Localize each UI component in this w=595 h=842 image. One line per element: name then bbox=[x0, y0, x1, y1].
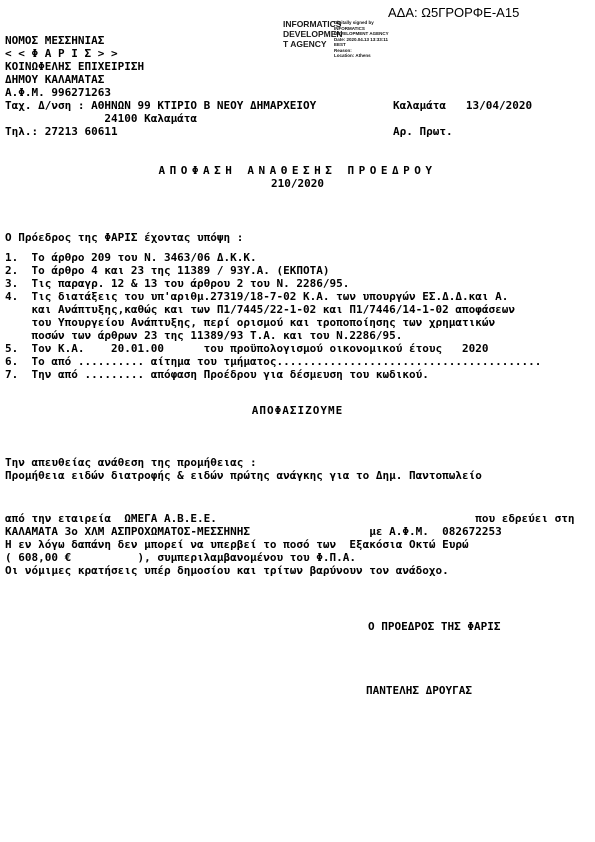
decision-title: ΑΠΟΦΑΣΗ ΑΝΑΘΕΣΗΣ ΠΡΟΕΔΡΟΥ bbox=[0, 164, 595, 177]
signature-title: Ο ΠΡΟΕΔΡΟΣ ΤΗΣ ΦΑΡΙΣ bbox=[368, 620, 500, 633]
signatory-name: ΠΑΝΤΕΛΗΣ ΔΡΟΥΓΑΣ bbox=[366, 684, 472, 697]
stamp-signature-details: Digitally signed by INFORMATICS DEVELOPM… bbox=[334, 20, 389, 59]
supplier-terms: από την εταιρεία ΩΜΕΓΑ Α.Β.Ε.Ε. που εδρε… bbox=[5, 512, 575, 577]
document-page: ΑΔΑ: Ω5ΓΡΟΡΦΕ-Α15 INFORMATICS DEVELOPMEN… bbox=[0, 0, 595, 842]
decision-number: 210/2020 bbox=[0, 177, 595, 190]
decision-heading: ΑΠΟΦΑΣΙΖΟΥΜΕ bbox=[0, 404, 595, 417]
preamble-intro: Ο Πρόεδρος της ΦΑΡΙΣ έχοντας υπόψη : bbox=[5, 231, 243, 244]
city-date-line: Καλαμάτα 13/04/2020 bbox=[393, 99, 532, 112]
decision-title-block: ΑΠΟΦΑΣΗ ΑΝΑΘΕΣΗΣ ΠΡΟΕΔΡΟΥ 210/2020 bbox=[0, 164, 595, 190]
ada-number: ΑΔΑ: Ω5ΓΡΟΡΦΕ-Α15 bbox=[388, 5, 519, 20]
issuer-header: ΝΟΜΟΣ ΜΕΣΣΗΝΙΑΣ < < Φ Α Ρ Ι Σ > > ΚΟΙΝΩΦ… bbox=[5, 34, 316, 138]
legal-considerations-list: 1. Το άρθρο 209 του Ν. 3463/06 Δ.Κ.Κ. 2.… bbox=[5, 251, 541, 381]
award-subject: Την απευθείας ανάθεση της προμήθειας : Π… bbox=[5, 456, 482, 482]
protocol-number-label: Αρ. Πρωτ. bbox=[393, 125, 453, 138]
